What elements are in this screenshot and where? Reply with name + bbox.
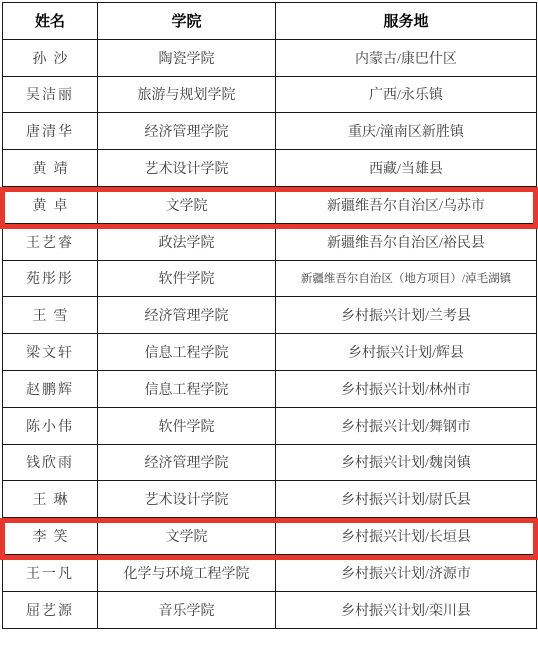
name-cell: 唐清华 [3, 113, 98, 150]
table-row: 唐清华经济管理学院重庆/潼南区新胜镇 [3, 113, 537, 150]
table-row: 梁文轩信息工程学院乡村振兴计划/辉县 [3, 334, 537, 371]
college-cell: 软件学院 [98, 260, 276, 297]
name-cell: 孙沙 [3, 39, 98, 76]
header-name: 姓名 [3, 3, 98, 40]
service-location-cell: 乡村振兴计划/魏岗镇 [276, 444, 537, 481]
name-cell: 王雪 [3, 297, 98, 334]
name-cell: 黄靖 [3, 150, 98, 187]
name-cell: 李笑 [3, 518, 98, 555]
name-cell: 梁文轩 [3, 334, 98, 371]
service-location-cell: 乡村振兴计划/栾川县 [276, 591, 537, 628]
name-cell: 王一凡 [3, 554, 98, 591]
college-cell: 艺术设计学院 [98, 150, 276, 187]
table-row: 李笑文学院乡村振兴计划/长垣县 [3, 518, 537, 555]
college-cell: 信息工程学院 [98, 334, 276, 371]
header-location: 服务地 [276, 3, 537, 40]
college-cell: 陶瓷学院 [98, 39, 276, 76]
college-cell: 经济管理学院 [98, 297, 276, 334]
table-row: 苑彤彤软件学院新疆维吾尔自治区（地方项目）/淖毛湖镇 [3, 260, 537, 297]
college-cell: 艺术设计学院 [98, 481, 276, 518]
table-row: 王艺睿政法学院新疆维吾尔自治区/裕民县 [3, 223, 537, 260]
service-location-cell: 广西/永乐镇 [276, 76, 537, 113]
table-row: 王琳艺术设计学院乡村振兴计划/尉氏县 [3, 481, 537, 518]
table-row: 陈小伟软件学院乡村振兴计划/舞钢市 [3, 407, 537, 444]
document-page: 姓名 学院 服务地 孙沙陶瓷学院内蒙古/康巴什区吴洁丽旅游与规划学院广西/永乐镇… [0, 0, 538, 651]
college-cell: 软件学院 [98, 407, 276, 444]
college-cell: 化学与环境工程学院 [98, 554, 276, 591]
service-location-cell: 新疆维吾尔自治区（地方项目）/淖毛湖镇 [276, 260, 537, 297]
table-row: 王一凡化学与环境工程学院乡村振兴计划/济源市 [3, 554, 537, 591]
service-location-cell: 新疆维吾尔自治区/乌苏市 [276, 186, 537, 223]
service-location-cell: 乡村振兴计划/长垣县 [276, 518, 537, 555]
header-row: 姓名 学院 服务地 [3, 3, 537, 40]
table-row: 黄卓文学院新疆维吾尔自治区/乌苏市 [3, 186, 537, 223]
name-cell: 王琳 [3, 481, 98, 518]
college-cell: 经济管理学院 [98, 444, 276, 481]
college-cell: 文学院 [98, 518, 276, 555]
service-location-cell: 西藏/当雄县 [276, 150, 537, 187]
name-cell: 屈艺源 [3, 591, 98, 628]
service-location-cell: 内蒙古/康巴什区 [276, 39, 537, 76]
name-cell: 赵鹏辉 [3, 370, 98, 407]
college-cell: 政法学院 [98, 223, 276, 260]
service-location-cell: 乡村振兴计划/舞钢市 [276, 407, 537, 444]
name-cell: 吴洁丽 [3, 76, 98, 113]
table-row: 黄靖艺术设计学院西藏/当雄县 [3, 150, 537, 187]
roster-body: 孙沙陶瓷学院内蒙古/康巴什区吴洁丽旅游与规划学院广西/永乐镇唐清华经济管理学院重… [3, 39, 537, 628]
table-row: 吴洁丽旅游与规划学院广西/永乐镇 [3, 76, 537, 113]
name-cell: 苑彤彤 [3, 260, 98, 297]
service-location-cell: 乡村振兴计划/济源市 [276, 554, 537, 591]
service-location-cell: 重庆/潼南区新胜镇 [276, 113, 537, 150]
table-row: 王雪经济管理学院乡村振兴计划/兰考县 [3, 297, 537, 334]
table-row: 屈艺源音乐学院乡村振兴计划/栾川县 [3, 591, 537, 628]
header-college: 学院 [98, 3, 276, 40]
table-row: 孙沙陶瓷学院内蒙古/康巴什区 [3, 39, 537, 76]
service-location-cell: 乡村振兴计划/尉氏县 [276, 481, 537, 518]
college-cell: 音乐学院 [98, 591, 276, 628]
college-cell: 信息工程学院 [98, 370, 276, 407]
name-cell: 钱欣雨 [3, 444, 98, 481]
table-row: 赵鹏辉信息工程学院乡村振兴计划/林州市 [3, 370, 537, 407]
service-location-cell: 乡村振兴计划/林州市 [276, 370, 537, 407]
college-cell: 文学院 [98, 186, 276, 223]
table-row: 钱欣雨经济管理学院乡村振兴计划/魏岗镇 [3, 444, 537, 481]
roster-table: 姓名 学院 服务地 孙沙陶瓷学院内蒙古/康巴什区吴洁丽旅游与规划学院广西/永乐镇… [2, 2, 537, 629]
name-cell: 王艺睿 [3, 223, 98, 260]
college-cell: 经济管理学院 [98, 113, 276, 150]
name-cell: 黄卓 [3, 186, 98, 223]
name-cell: 陈小伟 [3, 407, 98, 444]
service-location-cell: 新疆维吾尔自治区/裕民县 [276, 223, 537, 260]
college-cell: 旅游与规划学院 [98, 76, 276, 113]
service-location-cell: 乡村振兴计划/兰考县 [276, 297, 537, 334]
service-location-cell: 乡村振兴计划/辉县 [276, 334, 537, 371]
